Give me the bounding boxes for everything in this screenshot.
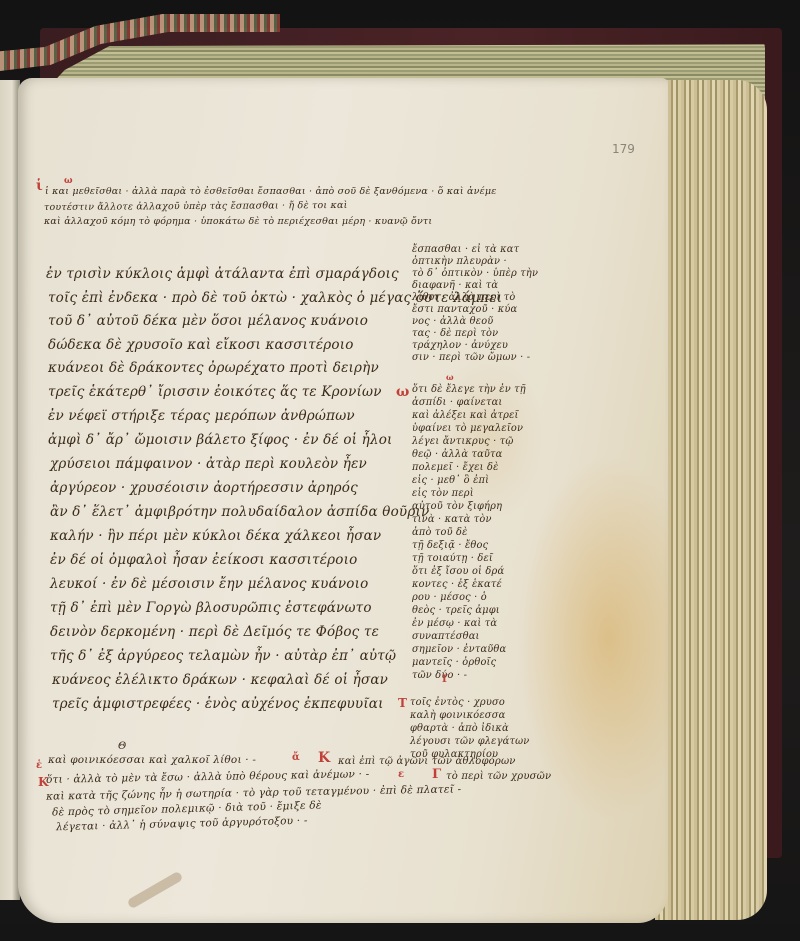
scholia-line: διαφανῆ · καὶ τὰ <box>412 280 498 291</box>
scholia-line: εἰς τὸν περὶ <box>412 488 474 499</box>
rubric-initial-top: ἱ <box>36 178 43 194</box>
scholia-line: τῇ τοιαύτῃ · δεῖ <box>412 553 493 564</box>
scholia-line: τῇ δεξιᾷ · ἔθος <box>412 540 488 551</box>
scholia-line: τὸ περὶ τῶν χρυσῶν <box>446 771 551 782</box>
rubric-mark: ἄ <box>292 752 300 763</box>
fore-edge-leaves <box>655 80 767 920</box>
text-line: τῆς δ᾽ ἐξ ἀργύρεος τελαμὼν ἦν · αὐτὰρ ἐπ… <box>50 648 396 664</box>
rubric-marker-c: Γ <box>442 674 449 685</box>
scholia-line: ὑφαίνει τὸ μεγαλεῖον <box>412 423 523 434</box>
scholia-line: νος · ἀλλὰ θεοῦ <box>412 316 493 327</box>
scholia-line: λέγει ἄντικρυς · τῷ <box>412 436 514 447</box>
rubric-marker-b: ω <box>396 384 409 400</box>
scholia-marker: Θ <box>118 741 126 752</box>
text-line: χρύσειοι πάμφαινον · ἀτὰρ περὶ κουλεὸν ἦ… <box>50 456 367 472</box>
text-line: ἂν δ᾽ ἕλετ᾽ ἀμφιβρότην πολυδαίδαλον ἀσπί… <box>50 504 429 520</box>
scholia-line: καὶ φοινικόεσσαι καὶ χαλκοῖ λίθοι · - <box>48 754 256 766</box>
scholia-line: ὅτι ἐξ ἴσου οἱ δρά <box>412 566 504 577</box>
rubric-mark: ε <box>398 769 404 780</box>
text-line: τρεῖς ἀμφιστρεφέες · ἑνὸς αὐχένος ἐκπεφυ… <box>52 696 384 712</box>
scholia-line: τουτέστιν ἄλλοτε ἀλλαχοῦ ὑπὲρ τὰς ἔσπασθ… <box>44 200 348 213</box>
scholia-line: ἔσπασθαι · εἰ τὰ κατ <box>412 244 519 255</box>
text-line: δώδεκα δὲ χρυσοῖο καὶ εἴκοσι κασσιτέροιο <box>48 337 354 353</box>
scholia-line: συναπτέσθαι <box>412 631 480 642</box>
scholia-line: τὸ δ᾽ ὀπτικὸν · ὑπὲρ τὴν <box>412 268 538 279</box>
scholia-line: τοῖς ἐντὸς · χρυσο <box>410 697 505 708</box>
scholia-line: λίθοι · ἀλλὰ περὶ τὸ <box>412 292 516 303</box>
text-line: λευκοί · ἐν δὲ μέσοισιν ἔην μέλανος κυάν… <box>50 576 368 592</box>
scholia-line: φθαρτὰ · ἀπὸ ἰδικὰ <box>410 723 509 734</box>
scholia-line: ἀσπίδι · φαίνεται <box>412 397 502 408</box>
scholia-line: μαντεῖς · ὀρθοῖς <box>412 657 496 668</box>
text-line: ἐν δέ οἱ ὀμφαλοὶ ἦσαν ἐείκοσι κασσιτέροι… <box>50 552 357 568</box>
scholia-line: ρου · μέσος · ὁ <box>412 592 487 603</box>
scholia-line: λέγουσι τῶν φλεγάτων <box>410 736 529 747</box>
rubric-mark: Γ <box>432 767 441 782</box>
rubric-initial-c: Τ <box>398 696 407 710</box>
text-line: ἐν τρισὶν κύκλοις ἀμφὶ ἀτάλαντα ἐπὶ σμαρ… <box>46 266 399 282</box>
rubric-mark-top: ω <box>64 176 73 186</box>
scholia-line: ὅτι δὲ ἔλεγε τὴν ἐν τῇ <box>412 384 526 395</box>
scholia-line: σημεῖον · ἐνταῦθα <box>412 644 506 655</box>
text-line: ἀργύρεον · χρυσέοισιν ἀορτήρεσσιν ἀρηρός <box>50 480 358 496</box>
text-line: ἐν νέφεϊ στήριξε τέρας μερόπων ἀνθρώπων <box>48 408 355 424</box>
scholia-line: ὀπτικὴν πλευρὰν · <box>412 256 507 267</box>
text-line: κυάνεοι δὲ δράκοντες ὀρωρέχατο προτὶ δει… <box>48 360 379 376</box>
text-line: τοῦ δ᾽ αὐτοῦ δέκα μὲν ὅσοι μέλανος κυάνο… <box>48 313 368 329</box>
scholia-line: τινὰ · κατὰ τὸν <box>412 514 492 525</box>
scholia-line: κοντες · ἐξ ἑκατέ <box>412 579 502 590</box>
rubric-mark-left: ἑ <box>36 760 42 771</box>
text-line: τῇ δ᾽ ἐπὶ μὲν Γοργὼ βλοσυρῶπις ἐστεφάνωτ… <box>50 600 372 616</box>
rubric-mark-small: ω <box>446 372 454 382</box>
scholia-line: ἀπὸ τοῦ δὲ <box>412 527 468 538</box>
scholia-line: καὶ ἐπὶ τῷ ἀγῶνι τῶν ἀθλοφόρων <box>338 756 516 767</box>
scholia-line: θεῷ · ἀλλὰ ταῦτα <box>412 449 502 460</box>
scholia-line: εἰς · μεθ᾽ ὃ ἐπὶ <box>412 475 489 486</box>
scholia-line: καὶ ἀλέξει καὶ ἀτρεῖ <box>412 410 519 421</box>
text-line: τρεῖς ἑκάτερθ᾽ ἴρισσιν ἐοικότες ἅς τε Κρ… <box>48 384 382 400</box>
scholia-line: καὶ ἀλλαχοῦ κόμη τὸ φόρημα · ὑποκάτω δὲ … <box>44 216 432 227</box>
scholia-line: θεὸς · τρεῖς ἀμφι <box>412 605 500 616</box>
rubric-mark: Κ <box>318 750 330 766</box>
scholia-line: ἔστι πανταχοῦ · κύα <box>412 304 517 315</box>
scholia-line: αὐτοῦ τὸν ξιφήρη <box>412 501 502 512</box>
scholia-line: καλὴ φοινικόεσσα <box>410 710 505 721</box>
scholia-line: τράχηλον · ἀνύχευ <box>412 340 508 351</box>
text-line: κυάνεος ἐλέλικτο δράκων · κεφαλαὶ δέ οἱ … <box>52 672 388 688</box>
folio-number: 179 <box>612 142 635 156</box>
scholia-line: ἐν μέσῳ · καὶ τὰ <box>412 618 497 629</box>
scholia-line: πολεμεῖ · ἔχει δὲ <box>412 462 499 473</box>
scholia-line: σιν · περὶ τῶν ὤμων · - <box>412 352 530 363</box>
scholia-line: τῶν δύο · - <box>412 670 467 681</box>
text-line: καλήν · ἣν πέρι μὲν κύκλοι δέκα χάλκεοι … <box>50 528 381 544</box>
text-line: δεινὸν δερκομένη · περὶ δὲ Δεῖμός τε Φόβ… <box>50 624 379 640</box>
scholia-line: τας · δὲ περὶ τὸν <box>412 328 498 339</box>
text-line: ἀμφὶ δ᾽ ἄρ᾽ ὤμοισιν βάλετο ξίφος · ἐν δέ… <box>48 432 393 448</box>
scholia-line: ἱ και μεθεῖσθαι · ἀλλὰ παρὰ τὸ ἐσθεῖσθαι… <box>45 186 497 197</box>
facing-page-edge <box>0 80 20 900</box>
